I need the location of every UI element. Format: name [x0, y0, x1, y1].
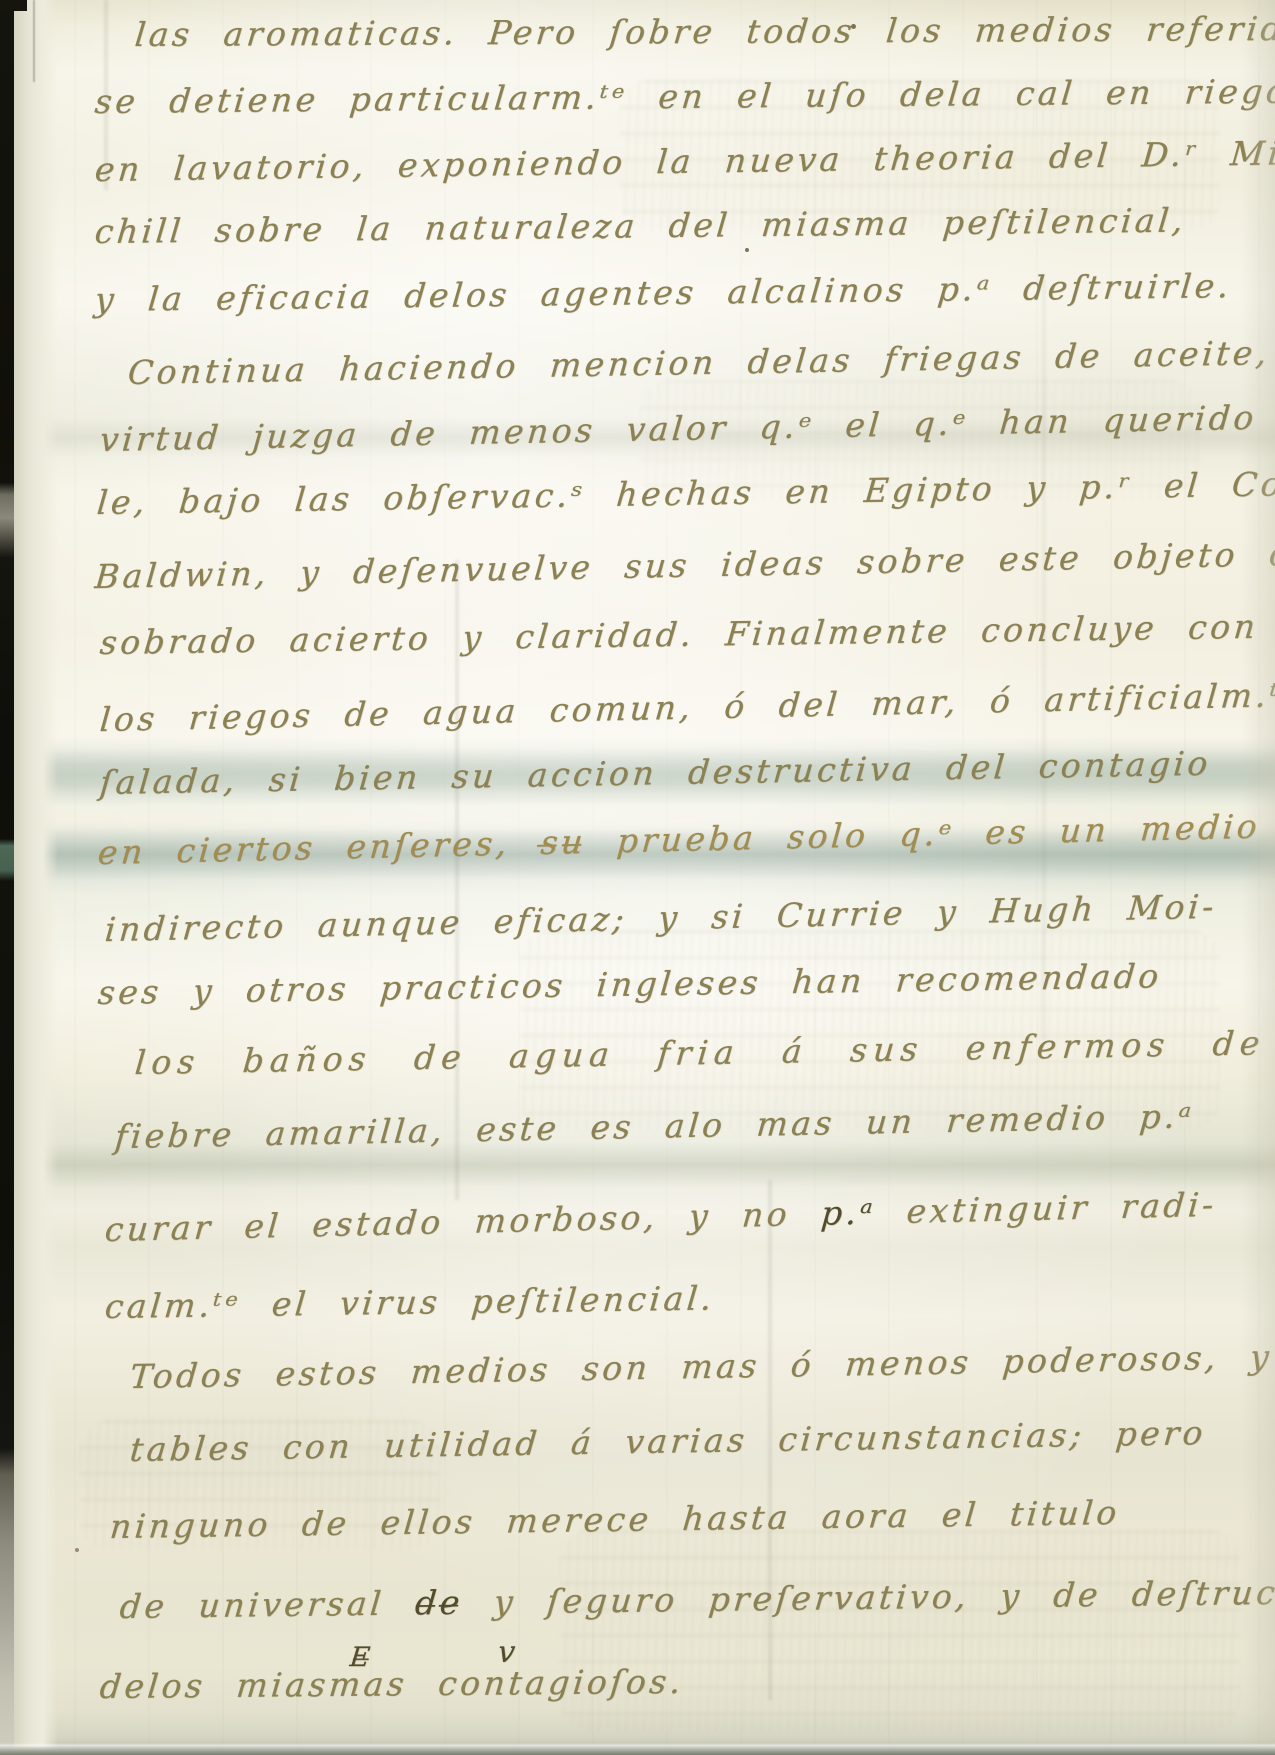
manuscript-text: se detiene particularm.ᵗᵉ en el uſo dela…: [93, 71, 1275, 121]
paper-edge-right: [1241, 0, 1275, 1755]
manuscript-line: Baldwin, y deſenvuelve sus ideas sobre e…: [93, 533, 1275, 596]
scanned-manuscript-page: las aromaticas. Pero ſobre todos los med…: [0, 0, 1275, 1755]
manuscript-line: las aromaticas. Pero ſobre todos los med…: [133, 9, 1275, 54]
manuscript-line: calm.ᵗᵉ el virus peſtilencial.: [103, 1278, 716, 1326]
manuscript-line: le, bajo las obſervac.ˢ hechas en Egipto…: [95, 463, 1275, 522]
manuscript-text: Baldwin, y deſenvuelve sus ideas sobre e…: [93, 533, 1275, 596]
manuscript-text: las aromaticas. Pero ſobre todos los med…: [133, 9, 1275, 54]
manuscript-line: en ciertos enſeres, s̶u̶ prueba solo q.ᵉ…: [96, 807, 1261, 872]
manuscript-text: v: [496, 1635, 520, 1670]
manuscript-line: de universal d̶e̶ y ſeguro preſervativo,…: [118, 1572, 1275, 1626]
manuscript-text: delos miasmas contagioſos.: [98, 1662, 686, 1706]
manuscript-text: ninguno de ellos merece hasta aora el ti…: [108, 1493, 1121, 1546]
manuscript-line: los baños de agua fria á sus enfermos de: [133, 1023, 1267, 1082]
manuscript-text: d̶e̶: [413, 1583, 464, 1623]
manuscript-line: Continua haciendo mencion delas friegas …: [126, 331, 1275, 392]
manuscript-text: en lavatorio, exponiendo la nueva theori…: [93, 133, 1275, 189]
manuscript-text: virtud juzga de menos valor q.ᵉ el q.ᵉ h…: [98, 396, 1275, 459]
manuscript-text: fiebre amarilla, este es alo mas un reme…: [113, 1096, 1195, 1156]
manuscript-line: fiebre amarilla, este es alo mas un reme…: [113, 1096, 1195, 1156]
manuscript-line: sobrado acierto y claridad. Finalmente c…: [98, 607, 1260, 662]
manuscript-text: los riegos de agua comun, ó del mar, ó a…: [98, 675, 1275, 739]
manuscript-line: ses y otros practicos ingleses han recom…: [96, 956, 1163, 1012]
manuscript-line: en lavatorio, exponiendo la nueva theori…: [93, 133, 1275, 189]
manuscript-line: tables con utilidad á varias circunstanc…: [128, 1413, 1207, 1469]
manuscript-line: virtud juzga de menos valor q.ᵉ el q.ᵉ h…: [98, 396, 1275, 459]
manuscript-line: curar el estado morboso, y no p.ᵃ exting…: [103, 1185, 1218, 1249]
paper-edge-left: [14, 0, 58, 1755]
manuscript-text: los baños de agua fria á sus enfermos de: [133, 1023, 1267, 1082]
manuscript-line: ſalada, si bien su accion destructiva de…: [98, 744, 1212, 802]
scan-edge-bottom: [0, 1743, 1275, 1755]
manuscript-text: chill sobre la naturaleza del miasma peſ…: [93, 201, 1188, 251]
ink-speck: [851, 24, 856, 29]
manuscript-text: sobrado acierto y claridad. Finalmente c…: [98, 607, 1260, 662]
manuscript-text: de universal: [118, 1583, 417, 1626]
ink-speck: [75, 1548, 79, 1552]
manuscript-text: ses y otros practicos ingleses han recom…: [96, 956, 1163, 1012]
manuscript-line: se detiene particularm.ᵗᵉ en el uſo dela…: [93, 71, 1275, 121]
manuscript-line: ninguno de ellos merece hasta aora el ti…: [108, 1493, 1121, 1546]
manuscript-text: curar el estado morboso, y no: [103, 1194, 822, 1249]
manuscript-text: Continua haciendo mencion delas friegas …: [126, 331, 1275, 392]
manuscript-text: calm.ᵗᵉ el virus peſtilencial.: [103, 1278, 716, 1326]
manuscript-line: indirecto aunque eficaz; y si Currie y H…: [103, 887, 1218, 949]
scan-edge-corner: [0, 0, 27, 11]
manuscript-text: p.ᵃ: [820, 1192, 878, 1232]
manuscript-line: y la eficacia delos agentes alcalinos p.…: [93, 266, 1233, 319]
paper-crease-vertical: [33, 0, 35, 82]
manuscript-line: delos miasmas contagioſos.: [98, 1662, 686, 1706]
ink-speck: [745, 248, 749, 252]
scan-edge-left: [0, 0, 14, 1755]
manuscript-text: ſalada, si bien su accion destructiva de…: [98, 744, 1212, 802]
manuscript-text: y ſeguro preſervativo, y de deſtructor: [461, 1572, 1275, 1622]
manuscript-line: v: [496, 1635, 520, 1670]
manuscript-text: extinguir radi-: [874, 1185, 1218, 1232]
manuscript-text: en ciertos enſeres, s̶u̶ prueba solo q.ᵉ…: [96, 807, 1261, 872]
manuscript-text: E̶: [348, 1642, 374, 1673]
manuscript-text: Todos estos medios son mas ó menos poder…: [128, 1335, 1275, 1396]
manuscript-line: Todos estos medios son mas ó menos poder…: [128, 1335, 1275, 1396]
manuscript-text: indirecto aunque eficaz; y si Currie y H…: [103, 887, 1218, 949]
manuscript-line: E̶: [348, 1642, 374, 1673]
manuscript-line: los riegos de agua comun, ó del mar, ó a…: [98, 675, 1275, 739]
manuscript-text: y la eficacia delos agentes alcalinos p.…: [93, 266, 1233, 319]
manuscript-text: tables con utilidad á varias circunstanc…: [128, 1413, 1207, 1469]
manuscript-text: le, bajo las obſervac.ˢ hechas en Egipto…: [95, 463, 1275, 522]
manuscript-line: chill sobre la naturaleza del miasma peſ…: [93, 201, 1188, 251]
